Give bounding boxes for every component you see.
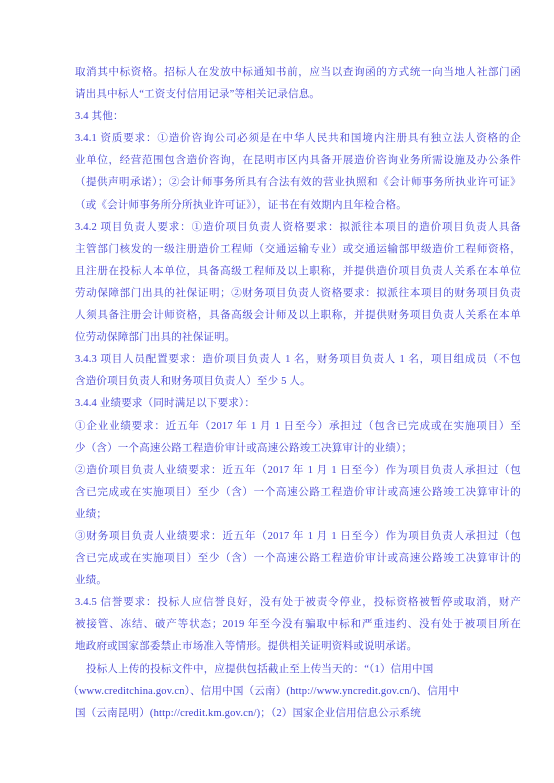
document-line: （或《会计师事务所分所执业许可证》），证书在有效期内且年检合格。	[75, 195, 521, 217]
document-line: 请出具中标人“工资支付信用记录”等相关记录信息。	[75, 84, 521, 106]
document-line: 主管部门核发的一级注册造价工程师（交通运输专业）或交通运输部甲级造价工程师资格，	[75, 239, 521, 261]
document-line: 且注册在投标人本单位，具备高级工程师及以上职称，并提供造价项目负责人关系在本单位	[75, 261, 521, 283]
document-line: 3.4.3 项目人员配置要求：造价项目负责人 1 名，财务项目负责人 1 名，项…	[75, 349, 521, 371]
document-line: （www.creditchina.gov.cn）、信用中国（云南）(http:/…	[68, 681, 521, 703]
page-background: 取消其中标资格。招标人在发放中标通知书前，应当以查询函的方式统一向当地人社部门函…	[0, 0, 554, 783]
document-line: 含已完成或在实施项目）至少（含）一个高速公路工程造价审计或高速公路竣工决算审计的	[75, 482, 521, 504]
document-line: 被接管、冻结、破产等状态；2019 年至今没有骗取中标和严重违约、没有处于被项目…	[75, 614, 521, 636]
document-line: ②造价项目负责人业绩要求：近五年（2017 年 1 月 1 日至今）作为项目负责…	[75, 460, 521, 482]
document-line: 少（含）一个高速公路工程造价审计或高速公路竣工决算审计的业绩）；	[75, 438, 521, 460]
document-line: （提供声明承诺）；②会计师事务所具有合法有效的营业执照和《会计师事务所执业许可证…	[75, 172, 521, 194]
document-line: 3.4.5 信誉要求：投标人应信誉良好，没有处于被责令停业，投标资格被暂停或取消…	[75, 592, 521, 614]
document-line: 含造价项目负责人和财务项目负责人）至少 5 人。	[75, 371, 521, 393]
document-line: 3.4.1 资质要求：①造价咨询公司必须是在中华人民共和国境内注册具有独立法人资…	[75, 128, 521, 150]
document-line: 国（云南昆明）(http://credit.km.gov.cn/)；（2）国家企…	[75, 703, 521, 725]
document-line: 地政府或国家部委禁止市场准入等情形。提供相关证明资料或说明承诺。	[75, 636, 521, 658]
document-line: 含已完成或在实施项目）至少（含）一个高速公路工程造价审计或高速公路竣工决算审计的	[75, 548, 521, 570]
document-line: 劳动保障部门出具的社保证明；②财务项目负责人资格要求：拟派往本项目的财务项目负责	[75, 283, 521, 305]
document-line: 业绩；	[75, 504, 521, 526]
document-line: 取消其中标资格。招标人在发放中标通知书前，应当以查询函的方式统一向当地人社部门函	[75, 62, 521, 84]
document-page: 取消其中标资格。招标人在发放中标通知书前，应当以查询函的方式统一向当地人社部门函…	[75, 62, 521, 725]
document-line: 位劳动保障部门出具的社保证明。	[75, 327, 521, 349]
document-line: 业绩。	[75, 570, 521, 592]
document-line: ③财务项目负责人业绩要求：近五年（2017 年 1 月 1 日至今）作为项目负责…	[75, 526, 521, 548]
document-line: 3.4.4 业绩要求（同时满足以下要求）：	[75, 393, 521, 415]
document-line: 投标人上传的投标文件中，应提供包括截止至上传当天的：“（1）信用中国	[75, 659, 521, 681]
document-line: 3.4 其他：	[75, 106, 521, 128]
document-line: 业单位，经营范围包含造价咨询，在昆明市区内具备开展造价咨询业务所需设施及办公条件	[75, 150, 521, 172]
document-line: ①企业业绩要求：近五年（2017 年 1 月 1 日至今）承担过（包含已完成或在…	[75, 416, 521, 438]
document-line: 人须具备注册会计师资格，具备高级会计师及以上职称，并提供财务项目负责人关系在本单	[75, 305, 521, 327]
document-line: 3.4.2 项目负责人要求：①造价项目负责人资格要求：拟派往本项目的造价项目负责…	[75, 217, 521, 239]
